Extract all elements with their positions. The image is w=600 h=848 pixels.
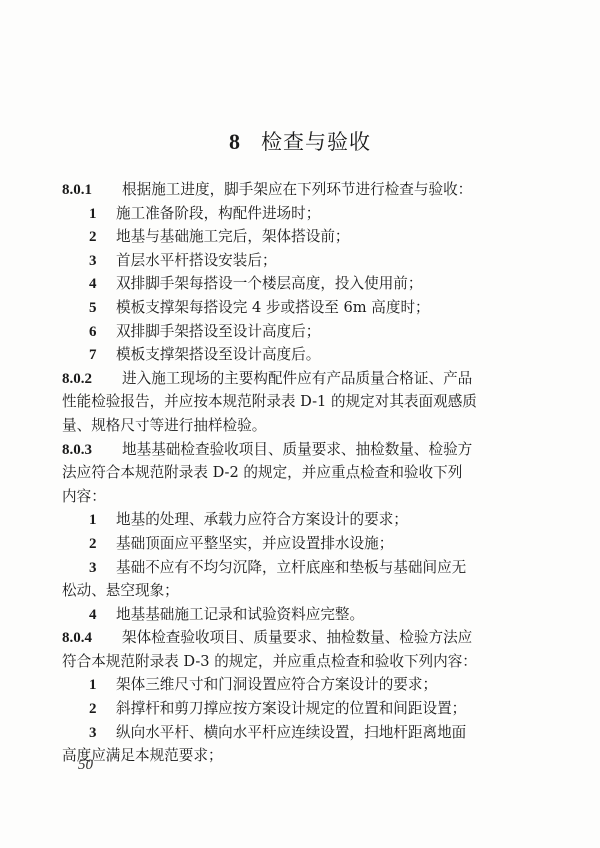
item-number: 5 [62, 297, 116, 321]
clause-continuation-line: 性能检验报告，并应按本规范附录表 D-1 的规定对其表面观感质 [62, 390, 534, 414]
item-text: 基础不应有不均匀沉降，立杆底座和垫板与基础间应无 [116, 559, 466, 576]
list-item: 3首层水平杆搭设安装后； [62, 249, 534, 273]
clause-first-line: 8.0.1根据施工进度，脚手架应在下列环节进行检查与验收： [62, 178, 534, 202]
clause-continuation-line: 内容： [62, 485, 534, 509]
list-item: 4地基基础施工记录和试验资料应完整。 [62, 603, 534, 627]
clause-number: 8.0.3 [62, 439, 122, 463]
list-item: 2地基与基础施工完后，架体搭设前； [62, 225, 534, 249]
item-text: 纵向水平杆、横向水平杆应连续设置，扫地杆距离地面 [116, 724, 466, 741]
chapter-title-text: 检查与验收 [261, 130, 371, 154]
clause-text: 架体检查验收项目、质量要求、抽检数量、检验方法应 [122, 629, 472, 646]
item-number: 2 [62, 533, 116, 557]
list-item: 6双排脚手架搭设至设计高度后； [62, 320, 534, 344]
item-text: 模板支撑架搭设至设计高度后。 [116, 346, 320, 363]
item-text: 基础顶面应平整坚实，并应设置排水设施； [116, 535, 393, 552]
item-text: 地基基础施工记录和试验资料应完整。 [116, 606, 364, 623]
item-number: 2 [62, 698, 116, 722]
chapter-title: 8检查与验收 [0, 128, 600, 156]
document-body: 8.0.1根据施工进度，脚手架应在下列环节进行检查与验收：1施工准备阶段，构配件… [62, 178, 534, 768]
clause-8-0-4: 8.0.4架体检查验收项目、质量要求、抽检数量、检验方法应符合本规范附录表 D-… [62, 626, 534, 768]
clause-text: 量、规格尺寸等进行抽样检验。 [62, 417, 266, 434]
item-text: 首层水平杆搭设安装后； [116, 252, 277, 269]
clause-first-line: 8.0.4架体检查验收项目、质量要求、抽检数量、检验方法应 [62, 626, 534, 650]
page-number: 50 [78, 757, 93, 774]
item-text: 斜撑杆和剪刀撑应按方案设计规定的位置和间距设置； [116, 700, 466, 717]
clause-continuation-line: 法应符合本规范附录表 D-2 的规定，并应重点检查和验收下列 [62, 461, 534, 485]
item-text: 架体三维尺寸和门洞设置应符合方案设计的要求； [116, 676, 437, 693]
clause-text: 进入施工现场的主要构配件应有产品质量合格证、产品 [122, 370, 472, 387]
item-text: 地基与基础施工完后，架体搭设前； [116, 228, 350, 245]
clause-text: 根据施工进度，脚手架应在下列环节进行检查与验收： [122, 181, 472, 198]
item-text: 双排脚手架每搭设一个楼层高度，投入使用前； [116, 275, 422, 292]
list-item: 5模板支撑架每搭设完 4 步或搭设至 6m 高度时； [62, 296, 534, 320]
clause-text: 法应符合本规范附录表 D-2 的规定，并应重点检查和验收下列 [62, 464, 462, 481]
item-text: 施工准备阶段，构配件进场时； [116, 205, 320, 222]
clause-8-0-1: 8.0.1根据施工进度，脚手架应在下列环节进行检查与验收：1施工准备阶段，构配件… [62, 178, 534, 367]
list-item-continuation: 松动、悬空现象； [62, 579, 534, 603]
item-number: 1 [62, 509, 116, 533]
clause-first-line: 8.0.3地基基础检查验收项目、质量要求、抽检数量、检验方 [62, 438, 534, 462]
list-item-continuation: 高度应满足本规范要求； [62, 744, 534, 768]
chapter-number: 8 [229, 129, 241, 154]
item-number: 6 [62, 321, 116, 345]
item-number: 4 [62, 273, 116, 297]
item-number: 1 [62, 203, 116, 227]
list-item: 7模板支撑架搭设至设计高度后。 [62, 343, 534, 367]
item-number: 1 [62, 674, 116, 698]
item-text: 模板支撑架每搭设完 4 步或搭设至 6m 高度时； [116, 299, 430, 316]
list-item: 4双排脚手架每搭设一个楼层高度，投入使用前； [62, 272, 534, 296]
list-item: 1架体三维尺寸和门洞设置应符合方案设计的要求； [62, 673, 534, 697]
clause-number: 8.0.4 [62, 627, 122, 651]
item-number: 3 [62, 250, 116, 274]
item-number: 4 [62, 604, 116, 628]
item-text: 松动、悬空现象； [62, 582, 179, 599]
list-item: 2基础顶面应平整坚实，并应设置排水设施； [62, 532, 534, 556]
clause-8-0-2: 8.0.2进入施工现场的主要构配件应有产品质量合格证、产品性能检验报告，并应按本… [62, 367, 534, 438]
clause-text: 地基基础检查验收项目、质量要求、抽检数量、检验方 [122, 441, 472, 458]
clause-8-0-3: 8.0.3地基基础检查验收项目、质量要求、抽检数量、检验方法应符合本规范附录表 … [62, 438, 534, 627]
item-number: 2 [62, 226, 116, 250]
clause-number: 8.0.1 [62, 179, 122, 203]
clause-continuation-line: 符合本规范附录表 D-3 的规定，并应重点检查和验收下列内容： [62, 650, 534, 674]
clause-first-line: 8.0.2进入施工现场的主要构配件应有产品质量合格证、产品 [62, 367, 534, 391]
item-number: 7 [62, 344, 116, 368]
clause-number: 8.0.2 [62, 368, 122, 392]
list-item: 3基础不应有不均匀沉降，立杆底座和垫板与基础间应无 [62, 556, 534, 580]
item-number: 3 [62, 557, 116, 581]
list-item: 1地基的处理、承载力应符合方案设计的要求； [62, 508, 534, 532]
item-text: 双排脚手架搭设至设计高度后； [116, 323, 320, 340]
clause-text: 性能检验报告，并应按本规范附录表 D-1 的规定对其表面观感质 [62, 393, 477, 410]
item-text: 地基的处理、承载力应符合方案设计的要求； [116, 511, 408, 528]
list-item: 2斜撑杆和剪刀撑应按方案设计规定的位置和间距设置； [62, 697, 534, 721]
clause-continuation-line: 量、规格尺寸等进行抽样检验。 [62, 414, 534, 438]
clause-text: 符合本规范附录表 D-3 的规定，并应重点检查和验收下列内容： [62, 653, 477, 670]
clause-text: 内容： [62, 488, 106, 505]
item-number: 3 [62, 722, 116, 746]
list-item: 3纵向水平杆、横向水平杆应连续设置，扫地杆距离地面 [62, 721, 534, 745]
list-item: 1施工准备阶段，构配件进场时； [62, 202, 534, 226]
